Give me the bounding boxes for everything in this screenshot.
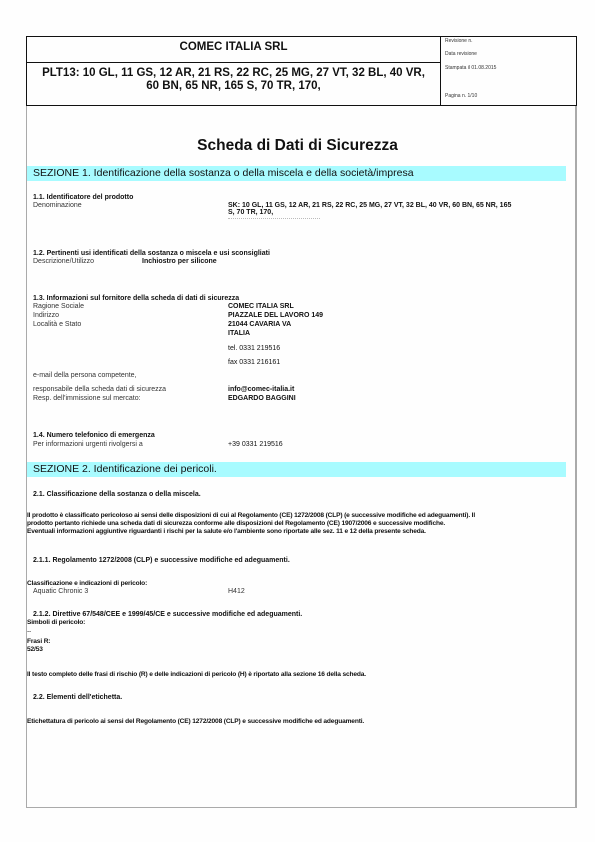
s212-note: Il testo completo delle frasi di rischio…	[27, 671, 366, 679]
s13-heading: 1.3. Informazioni sul fornitore della sc…	[33, 295, 239, 302]
s11-value: SK: 10 GL, 11 GS, 12 AR, 21 RS, 22 RC, 2…	[228, 202, 568, 219]
s13-value-1: PIAZZALE DEL LAVORO 149	[228, 312, 323, 319]
s14-label: Per informazioni urgenti rivolgersi a	[33, 441, 143, 448]
s14-value: +39 0331 219516	[228, 441, 283, 448]
s13-resp-value: EDGARDO BAGGINI	[228, 395, 296, 402]
s13-value-3: ITALIA	[228, 330, 250, 337]
s13-tel: tel. 0331 219516	[228, 345, 280, 352]
s13-label-1: Indirizzo	[33, 312, 59, 319]
truncated-line	[228, 216, 320, 219]
s212-heading: 2.1.2. Direttive 67/548/CEE e 1999/45/CE…	[33, 611, 302, 618]
s211-heading: 2.1.1. Regolamento 1272/2008 (CLP) e suc…	[33, 557, 290, 564]
page-number: Pagina n. 1/10	[445, 93, 477, 99]
s22-heading: 2.2. Elementi dell'etichetta.	[33, 694, 122, 701]
s211-class-label: Classificazione e indicazioni di pericol…	[27, 580, 147, 588]
section-1-heading: SEZIONE 1. Identificazione della sostanz…	[27, 166, 566, 181]
document-title: Scheda di Dati di Sicurezza	[0, 137, 595, 155]
s11-value-line1: SK: 10 GL, 11 GS, 12 AR, 21 RS, 22 RC, 2…	[228, 202, 568, 209]
s21-para-line2: prodotto pertanto richiede una scheda da…	[27, 520, 572, 528]
s13-label-2: Località e Stato	[33, 321, 81, 328]
document-header: COMEC ITALIA SRL PLT13: 10 GL, 11 GS, 12…	[26, 36, 577, 106]
s21-paragraph: Il prodotto è classificato pericoloso ai…	[27, 512, 572, 536]
print-date: Stampata il 01.08.2015	[445, 65, 496, 71]
s212-r-value: 52/53	[27, 646, 43, 654]
s11-value-line2: S, 70 TR, 170,	[228, 209, 568, 216]
s11-heading: 1.1. Identificatore del prodotto	[33, 194, 133, 201]
s21-para-line1: Il prodotto è classificato pericoloso ai…	[27, 512, 572, 520]
s22-text: Etichettatura di pericolo ai sensi del R…	[27, 718, 364, 726]
s21-heading: 2.1. Classificazione della sostanza o de…	[33, 491, 201, 498]
s13-email-label1: e-mail della persona competente,	[33, 372, 137, 379]
s211-class-code: H412	[228, 588, 245, 595]
header-product-line1: PLT13: 10 GL, 11 GS, 12 AR, 21 RS, 22 RC…	[27, 67, 440, 80]
header-product: PLT13: 10 GL, 11 GS, 12 AR, 21 RS, 22 RC…	[27, 63, 440, 106]
revision-date: Data revisione	[445, 51, 477, 57]
header-company: COMEC ITALIA SRL	[27, 37, 440, 63]
s11-label: Denominazione	[33, 202, 82, 209]
s13-label-0: Ragione Sociale	[33, 303, 84, 310]
s12-heading: 1.2. Pertinenti usi identificati della s…	[33, 250, 270, 257]
revision-number: Revisione n.	[445, 38, 473, 44]
s13-resp-label: Resp. dell'immissione sul mercato:	[33, 395, 141, 402]
s212-symbols-value: --	[27, 628, 31, 636]
header-meta: Revisione n. Data revisione Stampata il …	[442, 37, 577, 105]
s14-heading: 1.4. Numero telefonico di emergenza	[33, 432, 155, 439]
header-left: COMEC ITALIA SRL PLT13: 10 GL, 11 GS, 12…	[27, 37, 441, 105]
s21-para-line3: Eventuali informazioni aggiuntive riguar…	[27, 528, 572, 536]
s13-fax: fax 0331 216161	[228, 359, 280, 366]
s12-label: Descrizione/Utilizzo	[33, 258, 94, 265]
header-product-line2: 60 BN, 65 NR, 165 S, 70 TR, 170,	[27, 80, 440, 93]
s211-class-name: Aquatic Chronic 3	[33, 588, 88, 595]
s13-value-2: 21044 CAVARIA VA	[228, 321, 291, 328]
section-2-heading: SEZIONE 2. Identificazione dei pericoli.	[27, 462, 566, 477]
s212-r-label: Frasi R:	[27, 638, 50, 646]
s212-symbols-label: Simboli di pericolo:	[27, 619, 85, 627]
s12-value: Inchiostro per silicone	[142, 258, 217, 265]
s13-email-label2: responsabile della scheda dati di sicure…	[33, 386, 166, 393]
s13-value-0: COMEC ITALIA SRL	[228, 303, 294, 310]
s13-email-value[interactable]: info@comec-italia.it	[228, 386, 294, 393]
